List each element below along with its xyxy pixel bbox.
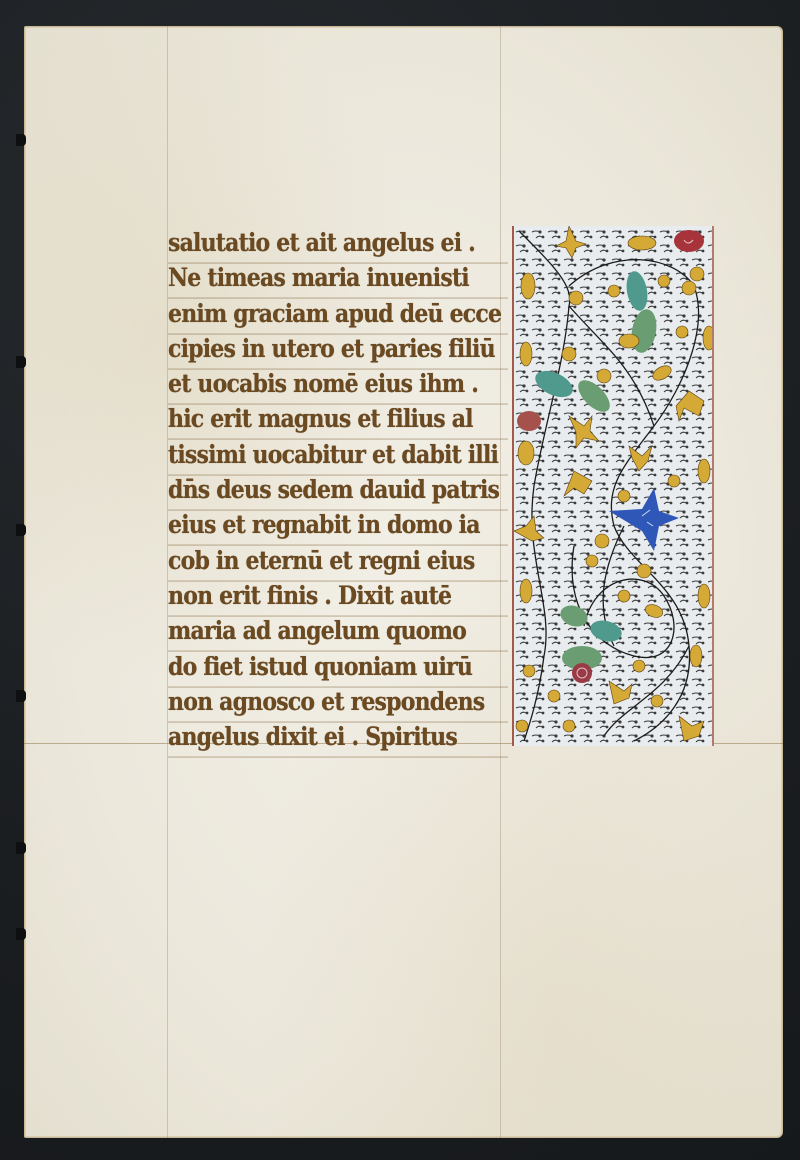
binding-notch — [16, 524, 26, 536]
binding-notch — [16, 842, 26, 854]
text-line: angelus dixit ei . Spiritus — [168, 718, 508, 759]
binding-notch — [16, 134, 26, 146]
binding-notch — [16, 690, 26, 702]
text-line: maria ad angelum quomo — [168, 612, 508, 653]
binding-notch — [16, 356, 26, 368]
text-line: eius et regnabit in domo ia — [168, 506, 508, 547]
text-line: hic erit magnus et filius al — [168, 400, 508, 441]
illuminated-border-panel — [512, 226, 714, 746]
binding-notch — [16, 928, 26, 940]
text-line: Ne timeas maria inuenisti — [168, 259, 508, 300]
floral-border-illustration — [514, 226, 712, 746]
text-block: salutatio et ait angelus ei . Ne timeas … — [168, 226, 508, 755]
